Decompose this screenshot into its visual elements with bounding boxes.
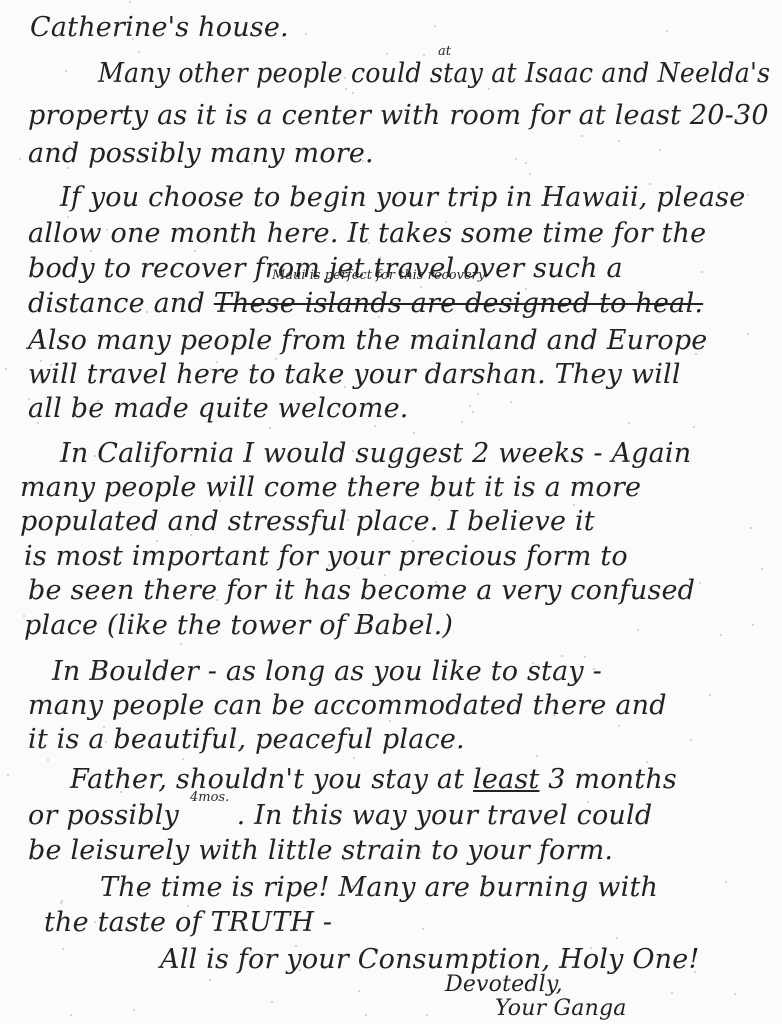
letter-line: the taste of TRUTH - (44, 907, 332, 938)
letter-line: Also many people from the mainland and E… (28, 325, 707, 356)
letter-line: allow one month here. It takes some time… (28, 218, 706, 249)
letter-line: Many other people could stay at Isaac an… (98, 58, 770, 89)
letter-line: and possibly many more. (28, 138, 374, 169)
signature: Your Ganga (495, 996, 627, 1021)
letter-line: it is a beautiful, peaceful place. (28, 724, 465, 755)
letter-line: If you choose to begin your trip in Hawa… (60, 182, 745, 213)
letter-line: The time is ripe! Many are burning with (100, 872, 658, 903)
line-text: or possibly (28, 800, 179, 831)
letter-line: All is for your Consumption, Holy One! (160, 944, 700, 975)
letter-line: will travel here to take your darshan. T… (28, 359, 681, 390)
struck-text: These islands are designed to heal. (214, 288, 703, 319)
letter-line: all be made quite welcome. (28, 393, 409, 424)
insertion-maui: Maui is perfect for this recovery (272, 268, 485, 283)
letter-line: distance and These islands are designed … (28, 288, 703, 319)
letter-line: property as it is a center with room for… (28, 100, 769, 131)
letter-line: In California I would suggest 2 weeks - … (60, 438, 691, 469)
line-text: distance and (28, 288, 205, 319)
letter-line: or possibly . In this way your travel co… (28, 800, 652, 831)
letter-line: populated and stressful place. I believe… (20, 506, 595, 537)
letter-line: Father, shouldn't you stay at least 3 mo… (70, 764, 677, 795)
insertion-at: at (438, 44, 451, 59)
line-text: Father, shouldn't you stay at (70, 764, 464, 795)
letter-line: be seen there for it has become a very c… (28, 575, 695, 606)
closing: Devotedly, (445, 972, 563, 997)
emphasis-word: least (473, 764, 539, 795)
letter-line: be leisurely with little strain to your … (28, 835, 613, 866)
letter-line: many people will come there but it is a … (20, 472, 641, 503)
letter-line: is most important for your precious form… (24, 541, 628, 572)
letter-line: many people can be accommodated there an… (28, 690, 667, 721)
letter-line: In Boulder - as long as you like to stay… (52, 656, 602, 687)
letter-line: Catherine's house. (30, 12, 289, 43)
line-text: 3 months (548, 764, 677, 795)
line-text: . In this way your travel could (237, 800, 653, 831)
letter-line: place (like the tower of Babel.) (24, 610, 453, 641)
